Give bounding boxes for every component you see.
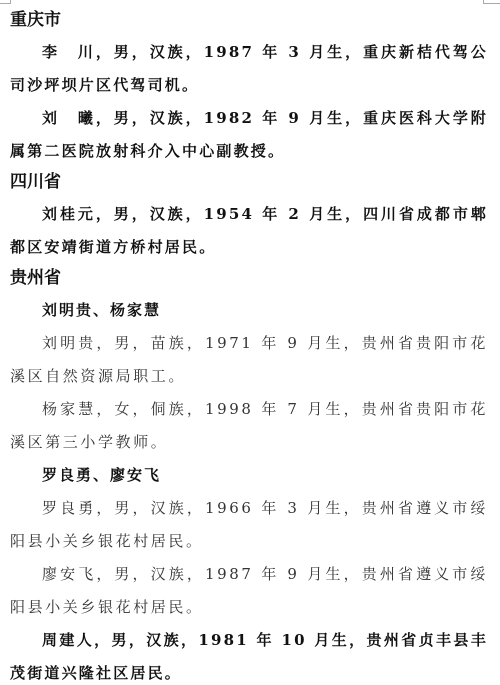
page-corner-mark-right — [483, 0, 500, 4]
entry-paragraph: 刘明贵，男，苗族，1971 年 9 月生，贵州省贵阳市花溪区自然资源局职工。 — [10, 327, 488, 393]
group-title: 罗良勇、廖安飞 — [10, 459, 488, 492]
group-title: 刘明贵、杨家慧 — [10, 294, 488, 327]
section-heading: 四川省 — [10, 168, 488, 198]
entry-paragraph: 周建人，男，汉族，1981 年 10 月生，贵州省贞丰县丰茂街道兴隆社区居民。 — [10, 624, 488, 685]
entry-paragraph: 刘桂元，男，汉族，1954 年 2 月生，四川省成都市郫都区安靖街道方桥村居民。 — [10, 198, 488, 264]
section-chongqing: 重庆市 李 川，男，汉族，1987 年 3 月生，重庆新桔代驾公司沙坪坝片区代驾… — [10, 6, 488, 168]
entry-paragraph: 杨家慧，女，侗族，1998 年 7 月生，贵州省贵阳市花溪区第三小学教师。 — [10, 393, 488, 459]
group-liu-yang: 刘明贵、杨家慧 刘明贵，男，苗族，1971 年 9 月生，贵州省贵阳市花溪区自然… — [10, 294, 488, 459]
section-heading: 重庆市 — [10, 6, 488, 36]
entry-paragraph: 罗良勇，男，汉族，1966 年 3 月生，贵州省遵义市绥阳县小关乡银花村居民。 — [10, 492, 488, 558]
page-corner-mark-left — [0, 0, 11, 4]
entry-paragraph: 廖安飞，男，汉族，1987 年 9 月生，贵州省遵义市绥阳县小关乡银花村居民。 — [10, 558, 488, 624]
section-guizhou: 贵州省 刘明贵、杨家慧 刘明贵，男，苗族，1971 年 9 月生，贵州省贵阳市花… — [10, 264, 488, 685]
section-sichuan: 四川省 刘桂元，男，汉族，1954 年 2 月生，四川省成都市郫都区安靖街道方桥… — [10, 168, 488, 264]
section-heading: 贵州省 — [10, 264, 488, 294]
document-body: 重庆市 李 川，男，汉族，1987 年 3 月生，重庆新桔代驾公司沙坪坝片区代驾… — [10, 6, 488, 685]
entry-paragraph: 刘 曦，男，汉族，1982 年 9 月生，重庆医科大学附属第二医院放射科介入中心… — [10, 102, 488, 168]
group-luo-liao: 罗良勇、廖安飞 罗良勇，男，汉族，1966 年 3 月生，贵州省遵义市绥阳县小关… — [10, 459, 488, 624]
entry-paragraph: 李 川，男，汉族，1987 年 3 月生，重庆新桔代驾公司沙坪坝片区代驾司机。 — [10, 36, 488, 102]
